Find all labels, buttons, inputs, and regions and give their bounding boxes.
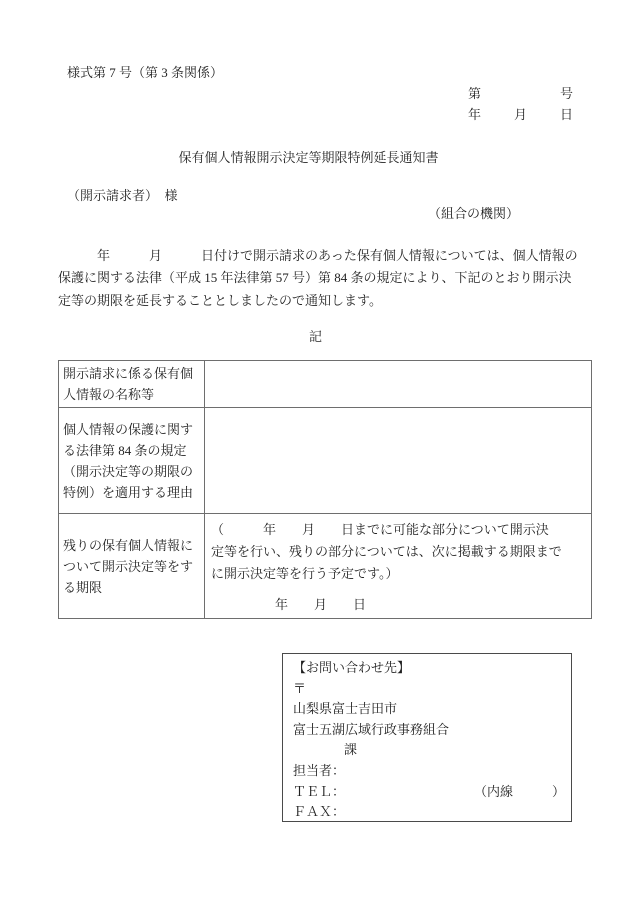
text-line: （ 年 月 日までに可能な部分について開示決: [211, 519, 587, 541]
row-label-reason: 個人情報の保護に関する法律第 84 条の規定（開示決定等の期限の特例）を適用する…: [59, 408, 205, 514]
text-line: 残りの保有個人情報に: [63, 535, 202, 556]
tel-label: ＴＥＬ：: [293, 784, 345, 799]
recipient-line: （開示請求者） 様: [67, 185, 178, 206]
date-year-label: 年: [468, 104, 481, 125]
deadline-note: （ 年 月 日までに可能な部分について開示決定等を行い、残りの部分については、次…: [211, 519, 587, 585]
staff-line: 担当者：: [293, 761, 565, 782]
document-title: 保有個人情報開示決定等期限特例延長通知書: [0, 147, 617, 168]
tel-extension-label: （内線 ）: [474, 782, 565, 803]
text-line: ついて開示決定等をす: [63, 556, 202, 577]
document-page: 様式第 7 号（第 3 条関係） 第 号 年 月 日 保有個人情報開示決定等期限…: [0, 0, 630, 903]
row-value-reason: [205, 408, 592, 514]
issuer-line: （組合の機関）: [428, 203, 519, 224]
address-line-2: 富士五湖広域行政事務組合: [293, 720, 565, 741]
document-number-suffix: 号: [560, 83, 573, 104]
row-label-deadline: 残りの保有個人情報について開示決定等をする期限: [59, 514, 205, 619]
text-line: 年 月 日付けで開示請求のあった保有個人情報については、個人情報の: [58, 245, 598, 267]
text-line: 定等を行い、残りの部分については、次に掲載する期限まで: [211, 541, 587, 563]
text-line: 定等の期限を延長することとしましたので通知します。: [58, 290, 598, 312]
text-line: 保護に関する法律（平成 15 年法律第 57 号）第 84 条の規定により、下記…: [58, 267, 598, 289]
address-line-1: 山梨県富士吉田市: [293, 699, 565, 720]
document-number-line: 第 号: [468, 83, 573, 104]
document-number-prefix: 第: [468, 83, 481, 104]
contact-box: 【お問い合わせ先】 〒 山梨県富士吉田市 富士五湖広域行政事務組合 課 担当者：…: [282, 653, 572, 822]
text-line: 人情報の名称等: [63, 384, 202, 405]
date-day-label: 日: [560, 104, 573, 125]
row-value-held-info-name: [205, 361, 592, 408]
issue-date-line: 年 月 日: [468, 104, 573, 125]
text-line: る法律第 84 条の規定: [63, 440, 202, 461]
section-marker: 記: [58, 326, 573, 347]
contact-heading: 【お問い合わせ先】: [293, 658, 565, 679]
text-line: （開示決定等の期限の: [63, 461, 202, 482]
row-value-deadline: （ 年 月 日までに可能な部分について開示決定等を行い、残りの部分については、次…: [205, 514, 592, 619]
text-line: 特例）を適用する理由: [63, 482, 202, 503]
form-number-label: 様式第 7 号（第 3 条関係）: [67, 62, 223, 83]
body-paragraph: 年 月 日付けで開示請求のあった保有個人情報については、個人情報の保護に関する法…: [58, 245, 598, 312]
deadline-date-line: 年 月 日: [275, 594, 587, 616]
table-row-name: 開示請求に係る保有個人情報の名称等: [59, 361, 592, 408]
tel-line: ＴＥＬ： （内線 ）: [293, 782, 565, 803]
postal-mark: 〒: [293, 679, 565, 700]
text-line: 開示請求に係る保有個: [63, 363, 202, 384]
table-row-deadline: 残りの保有個人情報について開示決定等をする期限 （ 年 月 日までに可能な部分に…: [59, 514, 592, 619]
fax-line: ＦＡＸ：: [293, 802, 565, 823]
table-row-reason: 個人情報の保護に関する法律第 84 条の規定（開示決定等の期限の特例）を適用する…: [59, 408, 592, 514]
department-line: 課: [293, 740, 565, 761]
text-line: る期限: [63, 577, 202, 598]
text-line: に開示決定等を行う予定です。）: [211, 563, 587, 585]
text-line: 個人情報の保護に関す: [63, 419, 202, 440]
date-month-label: 月: [514, 104, 527, 125]
disclosure-extension-table: 開示請求に係る保有個人情報の名称等 個人情報の保護に関する法律第 84 条の規定…: [58, 360, 592, 619]
row-label-held-info-name: 開示請求に係る保有個人情報の名称等: [59, 361, 205, 408]
